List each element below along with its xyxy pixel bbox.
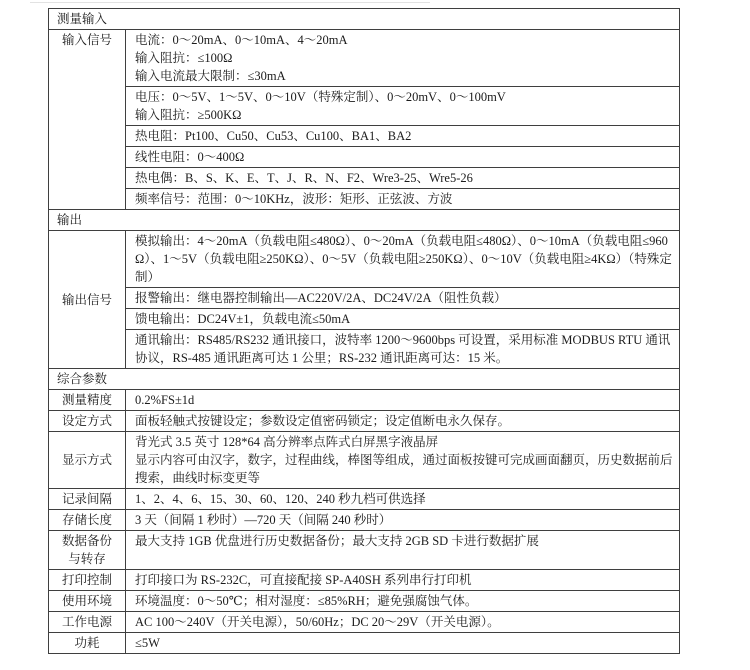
cell-power-supply: AC 100～240V（开关电源），50/60Hz；DC 20～29V（开关电源… — [126, 612, 680, 633]
row-analog-output: 输出信号 模拟输出：4～20mA（负载电阻≤480Ω）、0～20mA（负载电阻≤… — [49, 231, 680, 288]
row-frequency-signal: 频率信号：范围：0～10KHz，波形：矩形、正弦波、方波 — [49, 189, 680, 210]
row-feed-output: 馈电输出：DC24V±1，负载电流≤50mA — [49, 309, 680, 330]
display-content-spec: 显示内容可由汉字，数字，过程曲线，棒图等组成，通过面板按键可完成画面翻页，历史数… — [135, 451, 673, 487]
cell-accuracy: 0.2%FS±1d — [126, 390, 680, 411]
row-alarm-output: 报警输出：继电器控制输出—AC220V/2A、DC24V/2A（阻性负载） — [49, 288, 680, 309]
row-power-consumption: 功耗 ≤5W — [49, 633, 680, 654]
label-environment: 使用环境 — [49, 591, 126, 612]
row-accuracy: 测量精度 0.2%FS±1d — [49, 390, 680, 411]
cell-feed-output: 馈电输出：DC24V±1，负载电流≤50mA — [126, 309, 680, 330]
row-storage-length: 存储长度 3 天（间隔 1 秒时）—720 天（间隔 240 秒时） — [49, 510, 680, 531]
display-screen-spec: 背光式 3.5 英寸 128*64 高分辨率点阵式白屏黑字液晶屏 — [135, 433, 673, 451]
cell-print-control: 打印接口为 RS-232C，可直接配接 SP-A40SH 系列串行打印机 — [126, 570, 680, 591]
cell-frequency-signal: 频率信号：范围：0～10KHz，波形：矩形、正弦波、方波 — [126, 189, 680, 210]
cell-rtd: 热电阻：Pt100、Cu50、Cu53、Cu100、BA1、BA2 — [126, 126, 680, 147]
cell-analog-output: 模拟输出：4～20mA（负载电阻≤480Ω）、0～20mA（负载电阻≤480Ω）… — [126, 231, 680, 288]
current-max-limit: 输入电流最大限制：≤30mA — [135, 67, 673, 85]
scan-artifact-line — [30, 2, 430, 3]
cell-storage-length: 3 天（间隔 1 秒时）—720 天（间隔 240 秒时） — [126, 510, 680, 531]
spec-table: 测量输入 输入信号 电流：0～20mA、0～10mA、4～20mA 输入阻抗：≤… — [48, 8, 680, 654]
section-row-output: 输出 — [49, 210, 680, 231]
label-display-mode: 显示方式 — [49, 432, 126, 489]
current-ranges: 电流：0～20mA、0～10mA、4～20mA — [135, 31, 673, 49]
row-print-control: 打印控制 打印接口为 RS-232C，可直接配接 SP-A40SH 系列串行打印… — [49, 570, 680, 591]
voltage-ranges: 电压：0～5V、1～5V、0～10V（特殊定制）、0～20mV、0～100mV — [135, 88, 673, 106]
label-output-signal: 输出信号 — [49, 231, 126, 369]
row-communication-output: 通讯输出：RS485/RS232 通讯接口，波特率 1200～9600bps 可… — [49, 330, 680, 369]
cell-thermocouple: 热电偶：B、S、K、E、T、J、R、N、F2、Wre3-25、Wre5-26 — [126, 168, 680, 189]
cell-current-input: 电流：0～20mA、0～10mA、4～20mA 输入阻抗：≤100Ω 输入电流最… — [126, 30, 680, 87]
cell-environment: 环境温度：0～50℃；相对湿度：≤85%RH；避免强腐蚀气体。 — [126, 591, 680, 612]
label-input-signal: 输入信号 — [49, 30, 126, 210]
cell-data-backup: 最大支持 1GB 优盘进行历史数据备份；最大支持 2GB SD 卡进行数据扩展 — [126, 531, 680, 570]
row-environment: 使用环境 环境温度：0～50℃；相对湿度：≤85%RH；避免强腐蚀气体。 — [49, 591, 680, 612]
section-header-general: 综合参数 — [49, 369, 680, 390]
cell-record-interval: 1、2、4、6、15、30、60、120、240 秒九档可供选择 — [126, 489, 680, 510]
label-setting-method: 设定方式 — [49, 411, 126, 432]
voltage-input-impedance: 输入阻抗：≥500KΩ — [135, 106, 673, 124]
cell-power-consumption: ≤5W — [126, 633, 680, 654]
data-backup-label-line2: 与转存 — [51, 550, 123, 568]
cell-linear-resistance: 线性电阻：0～400Ω — [126, 147, 680, 168]
cell-communication-output: 通讯输出：RS485/RS232 通讯接口，波特率 1200～9600bps 可… — [126, 330, 680, 369]
row-thermocouple: 热电偶：B、S、K、E、T、J、R、N、F2、Wre3-25、Wre5-26 — [49, 168, 680, 189]
label-storage-length: 存储长度 — [49, 510, 126, 531]
label-accuracy: 测量精度 — [49, 390, 126, 411]
section-header-output: 输出 — [49, 210, 680, 231]
row-display-mode: 显示方式 背光式 3.5 英寸 128*64 高分辨率点阵式白屏黑字液晶屏 显示… — [49, 432, 680, 489]
row-setting-method: 设定方式 面板轻触式按键设定；参数设定值密码锁定；设定值断电永久保存。 — [49, 411, 680, 432]
label-power-supply: 工作电源 — [49, 612, 126, 633]
section-row-general: 综合参数 — [49, 369, 680, 390]
label-record-interval: 记录间隔 — [49, 489, 126, 510]
data-backup-label-line1: 数据备份 — [51, 532, 123, 550]
row-voltage-input: 电压：0～5V、1～5V、0～10V（特殊定制）、0～20mV、0～100mV … — [49, 87, 680, 126]
row-rtd: 热电阻：Pt100、Cu50、Cu53、Cu100、BA1、BA2 — [49, 126, 680, 147]
label-power-consumption: 功耗 — [49, 633, 126, 654]
cell-display-mode: 背光式 3.5 英寸 128*64 高分辨率点阵式白屏黑字液晶屏 显示内容可由汉… — [126, 432, 680, 489]
label-data-backup: 数据备份 与转存 — [49, 531, 126, 570]
section-row-measure-input: 测量输入 — [49, 9, 680, 30]
cell-alarm-output: 报警输出：继电器控制输出—AC220V/2A、DC24V/2A（阻性负载） — [126, 288, 680, 309]
label-print-control: 打印控制 — [49, 570, 126, 591]
row-power-supply: 工作电源 AC 100～240V（开关电源），50/60Hz；DC 20～29V… — [49, 612, 680, 633]
row-linear-resistance: 线性电阻：0～400Ω — [49, 147, 680, 168]
cell-voltage-input: 电压：0～5V、1～5V、0～10V（特殊定制）、0～20mV、0～100mV … — [126, 87, 680, 126]
row-record-interval: 记录间隔 1、2、4、6、15、30、60、120、240 秒九档可供选择 — [49, 489, 680, 510]
row-data-backup: 数据备份 与转存 最大支持 1GB 优盘进行历史数据备份；最大支持 2GB SD… — [49, 531, 680, 570]
cell-setting-method: 面板轻触式按键设定；参数设定值密码锁定；设定值断电永久保存。 — [126, 411, 680, 432]
section-header-measure-input: 测量输入 — [49, 9, 680, 30]
row-current-input: 输入信号 电流：0～20mA、0～10mA、4～20mA 输入阻抗：≤100Ω … — [49, 30, 680, 87]
current-input-impedance: 输入阻抗：≤100Ω — [135, 49, 673, 67]
